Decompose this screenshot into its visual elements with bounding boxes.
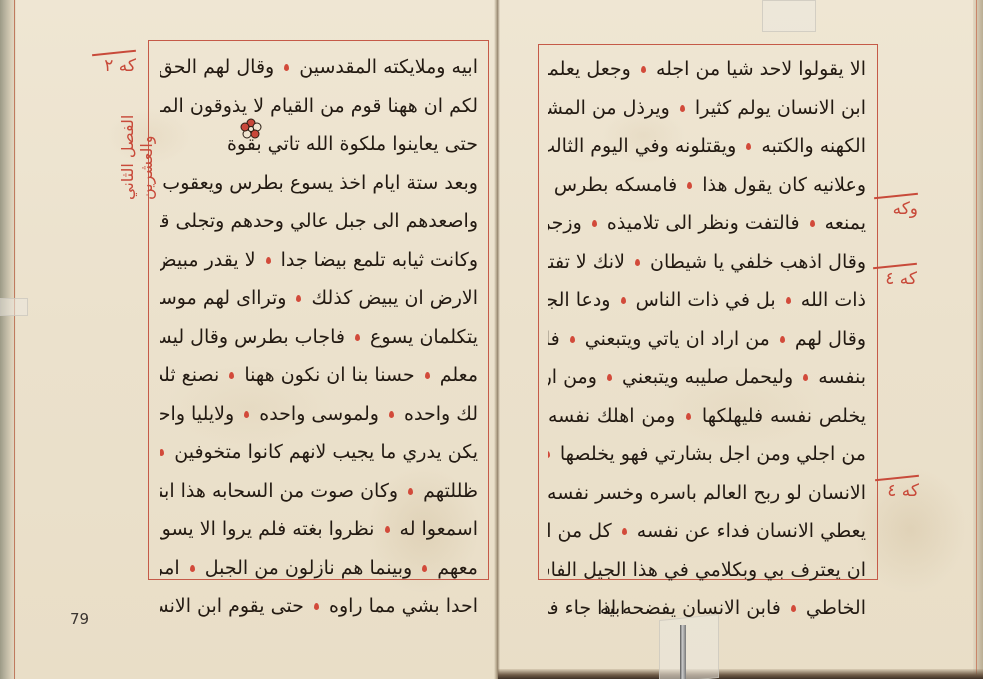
- chapter-heading-marginalia: الفصل الثاني والعشرين: [118, 70, 158, 200]
- rubric-dot: [607, 374, 612, 381]
- text-line: الخاطي فابن الانسان يفضحه اذا جاء في مجد: [548, 589, 866, 628]
- rubric-dot: [266, 257, 271, 264]
- rubric-dot: [641, 66, 646, 73]
- tape-strip: [0, 298, 28, 316]
- text-line: معهم وبينما هم نازلون من الجبل امرهم الا…: [160, 549, 478, 588]
- text-line: يمنعه فالتفت ونظر الى تلاميذه وزجر بطرس: [548, 204, 866, 243]
- rubric-dot: [425, 372, 430, 379]
- rubric-dot: [622, 528, 627, 535]
- text-line: معلم حسنا بنا ان نكون ههنا نصنع ثلث مظال: [160, 356, 478, 395]
- page-clamp: [680, 625, 686, 679]
- rubric-dot: [680, 105, 685, 112]
- rubric-dot: [296, 295, 301, 302]
- rubric-dot: [803, 374, 808, 381]
- text-line: اسمعوا له نظروا بغته فلم يروا الا يسوع و…: [160, 510, 478, 549]
- text-line: يتكلمان يسوع فاجاب بطرس وقال ليسوع يا: [160, 318, 478, 357]
- rubric-dot: [791, 605, 796, 612]
- text-line: ابن الانسان يولم كثيرا ويرذل من المشيخه …: [548, 89, 866, 128]
- rubric-dot: [314, 603, 319, 610]
- margin-section-number: كه ٢: [92, 52, 136, 76]
- text-line: يكن يدري ما يجيب لانهم كانوا متخوفين وسح…: [160, 433, 478, 472]
- text-line: يعطي الانسان فداء عن نفسه كل من استحيا: [548, 512, 866, 551]
- rubric-dot: [229, 372, 234, 379]
- manuscript-spread: ابيه وملايكته المقدسين وقال لهم الحق اقو…: [0, 0, 983, 679]
- text-line: بنفسه وليحمل صليبه ويتبعني ومن اراد ان: [548, 358, 866, 397]
- text-line: ظللتهم وكان صوت من السحابه هذا ابني الحب…: [160, 472, 478, 511]
- rubric-dot: [592, 220, 597, 227]
- rubric-dot: [635, 259, 640, 266]
- rubric-dot: [548, 451, 550, 458]
- text-line: احدا بشي مما راوه حتى يقوم ابن الانسان م…: [160, 587, 478, 626]
- rubric-dot: [810, 220, 815, 227]
- tape-strip: [762, 0, 816, 32]
- margin-section-number: كه ٤: [875, 477, 919, 501]
- rubric-dot: [160, 449, 164, 456]
- text-line: يخلص نفسه فليهلكها ومن اهلك نفسه: [548, 397, 866, 436]
- rubric-dot: [284, 64, 289, 71]
- text-line: لك واحده ولموسى واحده ولايليا واحده ولم: [160, 395, 478, 434]
- rubric-dot: [190, 565, 195, 572]
- book-right-edge: [973, 0, 983, 679]
- rubric-dot: [621, 297, 626, 304]
- margin-section-number: كه ٤: [873, 265, 917, 289]
- text-line: ذات الله بل في ذات الناس ودعا الجمع وتلا…: [548, 281, 866, 320]
- text-line: وقال اذهب خلفي يا شيطان لانك لا تفتكر في: [548, 243, 866, 282]
- rubric-dot: [355, 334, 360, 341]
- text-line: وقال لهم من اراد ان ياتي ويتبعني فليكفر: [548, 320, 866, 359]
- left-text-block: ابيه وملايكته المقدسين وقال لهم الحق اقو…: [160, 48, 478, 626]
- text-line: من اجلي ومن اجل بشارتي فهو يخلصها ماذا ي…: [548, 435, 866, 474]
- text-line: لكم ان ههنا قوم من القيام لا يذوقون المو…: [160, 87, 478, 126]
- rubric-dot: [385, 526, 390, 533]
- text-line: الكهنه والكتبه ويقتلونه وفي اليوم الثالث…: [548, 127, 866, 166]
- text-line: الانسان لو ربح العالم باسره وخسر نفسه او…: [548, 474, 866, 513]
- book-left-edge: [0, 0, 16, 679]
- text-line: الا يقولوا لاحد شيا من اجله وجعل يعلمهم …: [548, 50, 866, 89]
- rubric-dot: [786, 297, 791, 304]
- text-line: وكانت ثيابه تلمع بيضا جدا لا يقدر مبيض ع…: [160, 241, 478, 280]
- right-text-block: الا يقولوا لاحد شيا من اجله وجعل يعلمهم …: [548, 50, 866, 628]
- margin-section-number: وكه: [874, 195, 918, 219]
- text-line: الارض ان يبيض كذلك وترااى لهم موسى وايلي…: [160, 279, 478, 318]
- binding-edge: [498, 669, 983, 679]
- text-line: وعلانيه كان يقول هذا فامسكه بطرس وجعل: [548, 166, 866, 205]
- rubric-dot: [408, 488, 413, 495]
- rubric-dot: [686, 413, 691, 420]
- text-line: ان يعترف بي وبكلامي في هذا الجيل الفاسق: [548, 551, 866, 590]
- rosette-ornament-icon: [240, 118, 262, 140]
- rubric-dot: [687, 182, 692, 189]
- rubric-dot: [244, 411, 249, 418]
- text-line: ابيه وملايكته المقدسين وقال لهم الحق اقو…: [160, 48, 478, 87]
- rubric-dot: [746, 143, 751, 150]
- text-line: واصعدهم الى جبل عالي وحدهم وتجلى قدامهم: [160, 202, 478, 241]
- text-line: حتى يعاينوا ملكوة الله تاتي بقوة: [160, 125, 478, 164]
- text-line: وبعد ستة ايام اخذ يسوع بطرس ويعقوب ويوحن…: [160, 164, 478, 203]
- rubric-dot: [389, 411, 394, 418]
- rubric-dot: [780, 336, 785, 343]
- rubric-dot: [570, 336, 575, 343]
- rubric-dot: [422, 565, 427, 572]
- gutter-fold: [494, 0, 500, 679]
- catchword: ابيه: [600, 598, 625, 619]
- folio-number: 79: [70, 610, 89, 628]
